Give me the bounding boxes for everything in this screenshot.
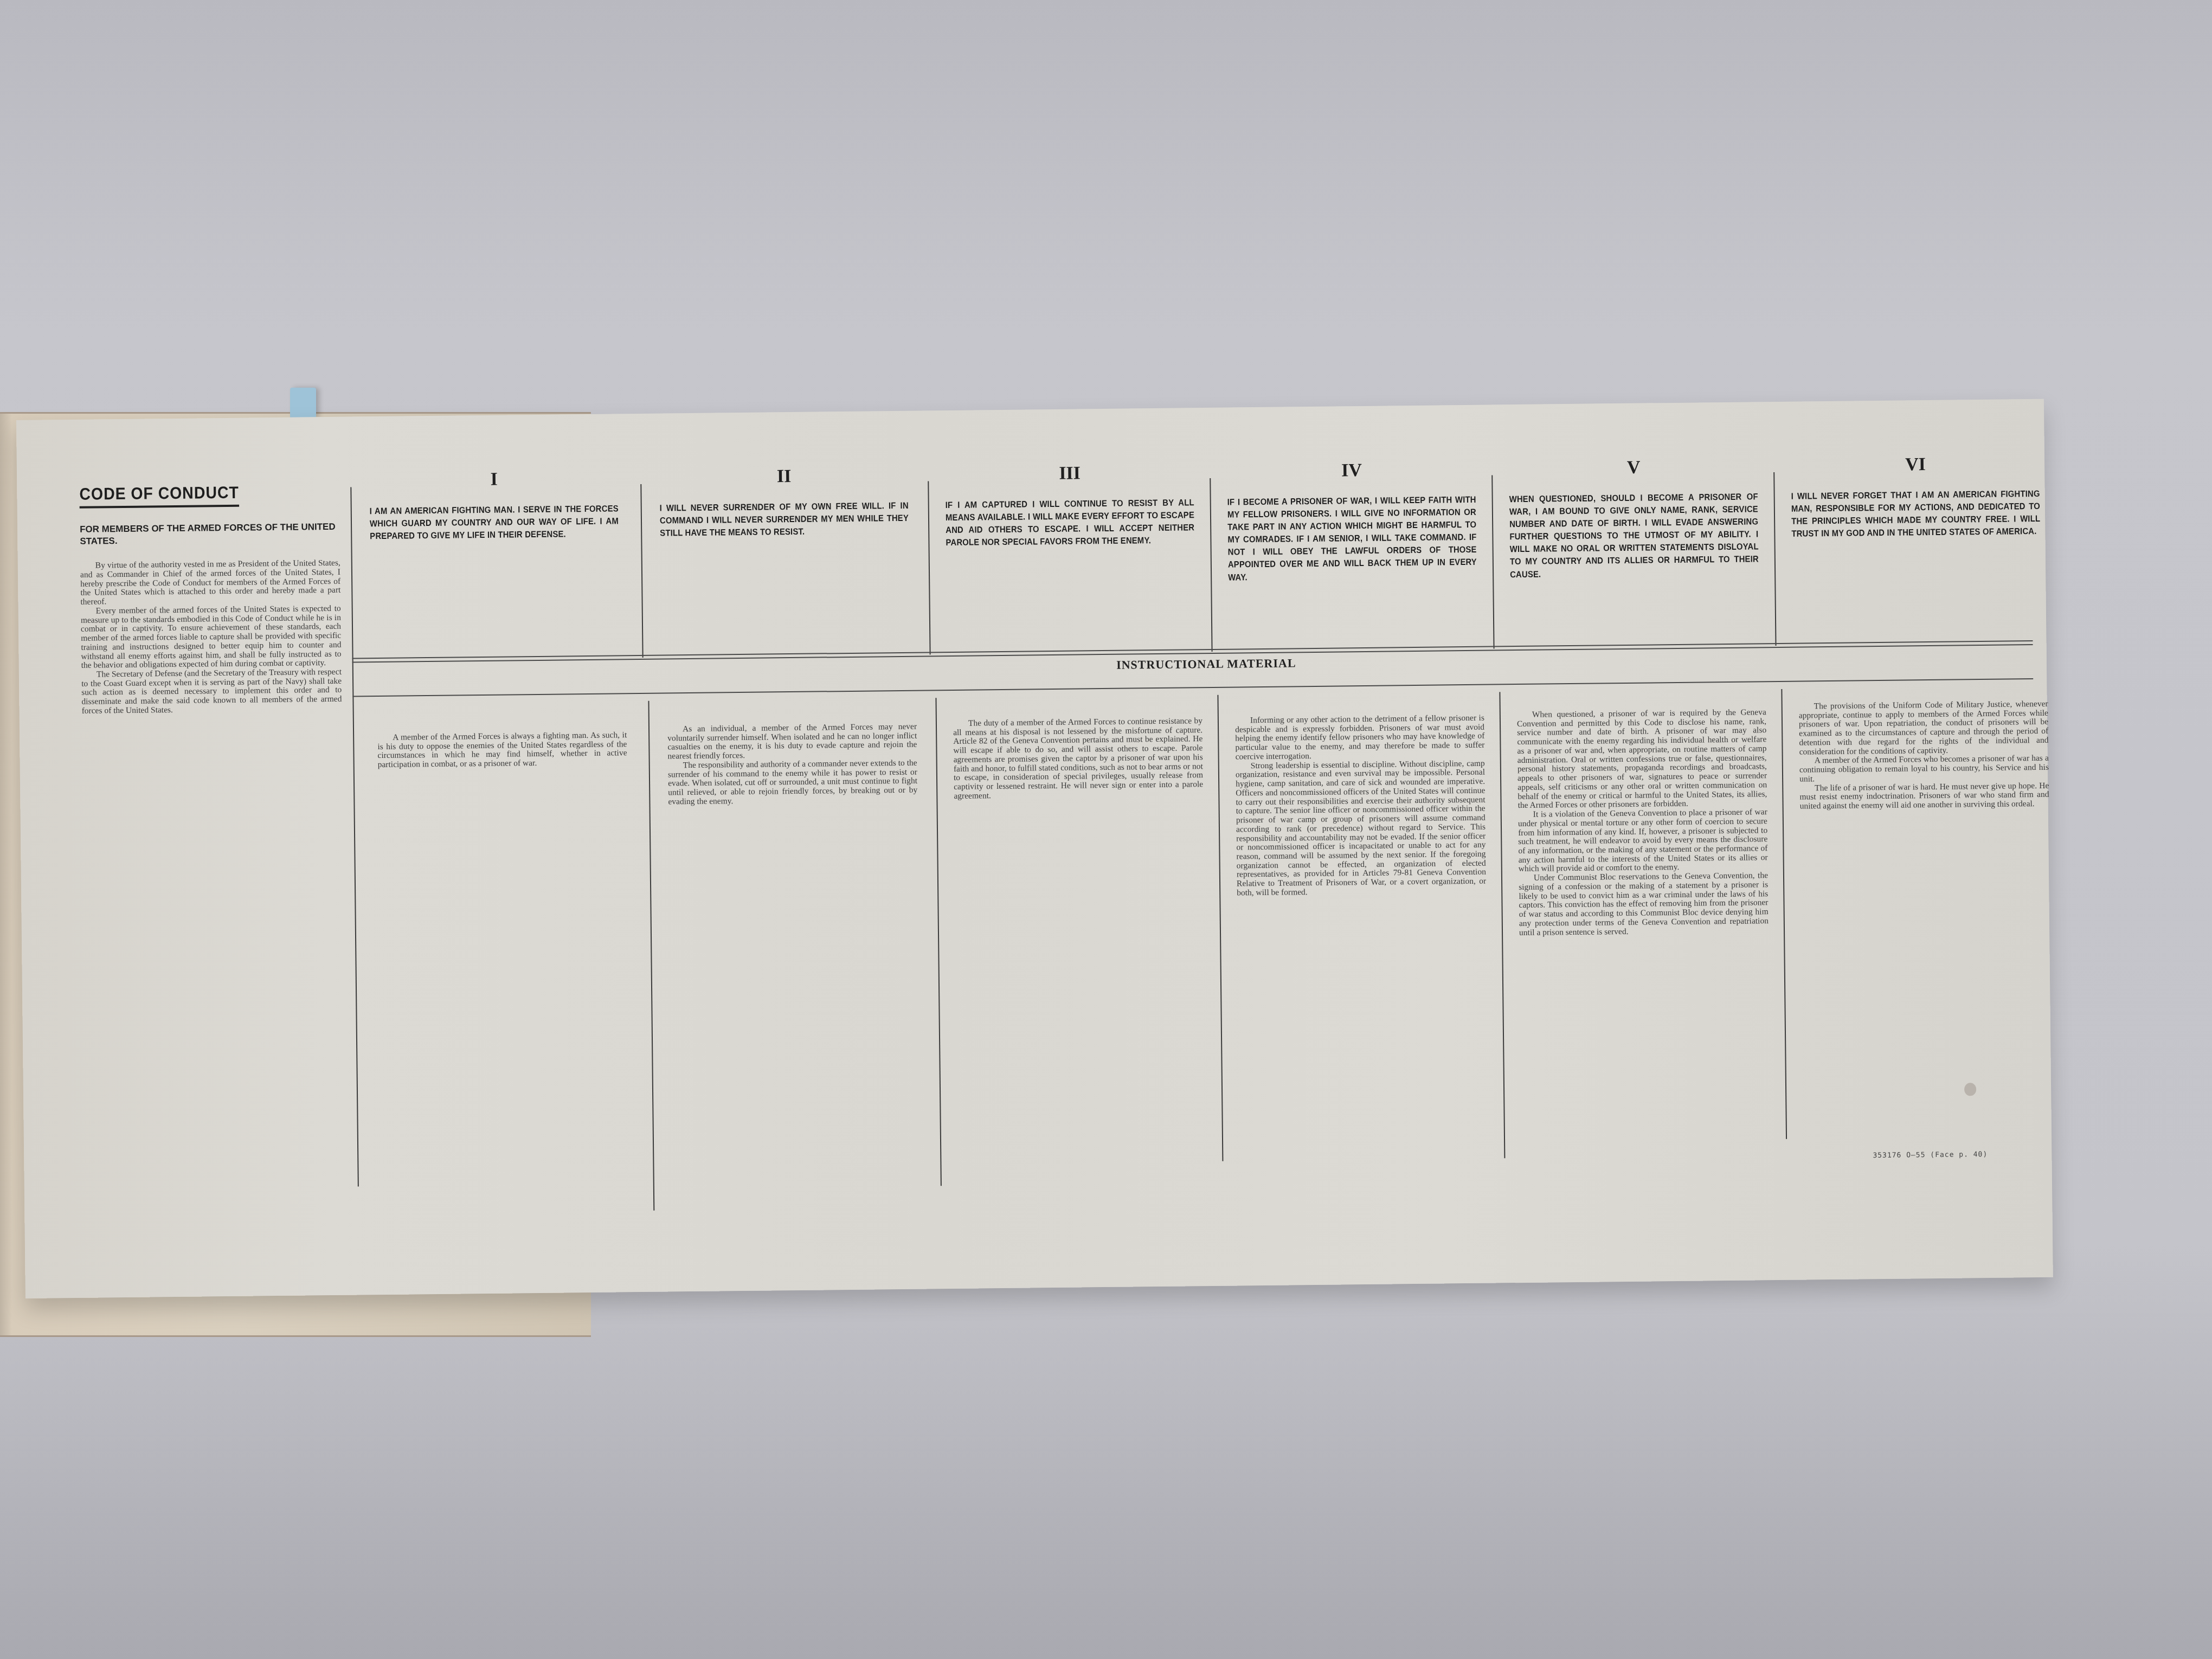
article-text: I WILL NEVER FORGET THAT I AM AN AMERICA…: [1791, 488, 2041, 541]
instructional-paragraph: Informing or any other action to the det…: [1235, 714, 1485, 762]
instructional-1: A member of the Armed Forces is always a…: [377, 731, 627, 770]
column-divider: [928, 481, 930, 654]
document-subtitle: FOR MEMBERS OF THE ARMED FORCES OF THE U…: [80, 521, 340, 548]
instructional-paragraph: The life of a prisoner of war is hard. H…: [1799, 781, 2049, 811]
instructional-6: The provisions of the Uniform Code of Mi…: [1799, 700, 2049, 812]
article-numeral: II: [659, 465, 909, 493]
preamble-text: By virtue of the authority vested in me …: [80, 559, 342, 716]
article-text: IF I BECOME A PRISONER OF WAR, I WILL KE…: [1227, 494, 1477, 584]
foldout-sheet: CODE OF CONDUCT FOR MEMBERS OF THE ARMED…: [16, 399, 2053, 1298]
instructional-paragraph: It is a violation of the Geneva Conventi…: [1518, 808, 1768, 874]
column-divider: [1217, 695, 1223, 1161]
instructional-paragraph: A member of the Armed Forces is always a…: [377, 731, 627, 770]
instructional-5: When questioned, a prisoner of war is re…: [1517, 708, 1769, 937]
article-numeral: V: [1509, 456, 1758, 484]
instructional-paragraph: Under Communist Bloc reservations to the…: [1519, 871, 1769, 937]
instructional-paragraph: The duty of a member of the Armed Forces…: [953, 717, 1204, 801]
article-4: IV IF I BECOME A PRISONER OF WAR, I WILL…: [1227, 459, 1477, 584]
instructional-2: As an individual, a member of the Armed …: [667, 723, 918, 807]
article-text: WHEN QUESTIONED, SHOULD I BECOME A PRISO…: [1509, 491, 1759, 581]
document-title: CODE OF CONDUCT: [79, 483, 239, 509]
column-divider: [640, 484, 643, 658]
column-divider: [648, 701, 654, 1211]
article-numeral: III: [945, 462, 1194, 490]
column-divider: [1773, 472, 1776, 646]
article-text: I AM AN AMERICAN FIGHTING MAN. I SERVE I…: [370, 503, 619, 543]
paper-stain: [1964, 1083, 1976, 1096]
instructional-paragraph: As an individual, a member of the Armed …: [667, 723, 917, 762]
print-code-footer: 353176 O—55 (Face p. 40): [1873, 1150, 1988, 1160]
instructional-paragraph: The responsibility and authority of a co…: [668, 759, 918, 807]
column-divider: [1210, 478, 1212, 652]
article-numeral: VI: [1791, 453, 2040, 481]
article-numeral: I: [369, 468, 619, 496]
column-divider: [935, 698, 941, 1186]
article-6: VI I WILL NEVER FORGET THAT I AM AN AMER…: [1791, 453, 2041, 541]
article-3: III IF I AM CAPTURED I WILL CONTINUE TO …: [945, 462, 1195, 549]
instructional-paragraph: The provisions of the Uniform Code of Mi…: [1799, 700, 2049, 757]
instructional-paragraph: When questioned, a prisoner of war is re…: [1517, 708, 1767, 811]
instructional-4: Informing or any other action to the det…: [1235, 714, 1486, 898]
column-divider: [1491, 475, 1494, 648]
column-divider: [1499, 692, 1505, 1158]
article-5: V WHEN QUESTIONED, SHOULD I BECOME A PRI…: [1509, 456, 1759, 581]
instructional-paragraph: A member of the Armed Forces who becomes…: [1799, 754, 2049, 784]
column-divider: [350, 487, 359, 1187]
article-numeral: IV: [1227, 459, 1476, 487]
bookmark-ribbon: [290, 388, 316, 417]
instructional-paragraph: Strong leadership is essential to discip…: [1236, 759, 1487, 898]
preamble-paragraph: Every member of the armed forces of the …: [81, 605, 342, 671]
article-text: IF I AM CAPTURED I WILL CONTINUE TO RESI…: [946, 497, 1195, 549]
instructional-3: The duty of a member of the Armed Forces…: [953, 717, 1204, 801]
article-2: II I WILL NEVER SURRENDER OF MY OWN FREE…: [659, 465, 909, 540]
column-divider: [1781, 689, 1787, 1139]
preamble-paragraph: By virtue of the authority vested in me …: [80, 559, 341, 607]
article-text: I WILL NEVER SURRENDER OF MY OWN FREE WI…: [660, 500, 909, 540]
article-1: I I AM AN AMERICAN FIGHTING MAN. I SERVE…: [369, 468, 619, 543]
